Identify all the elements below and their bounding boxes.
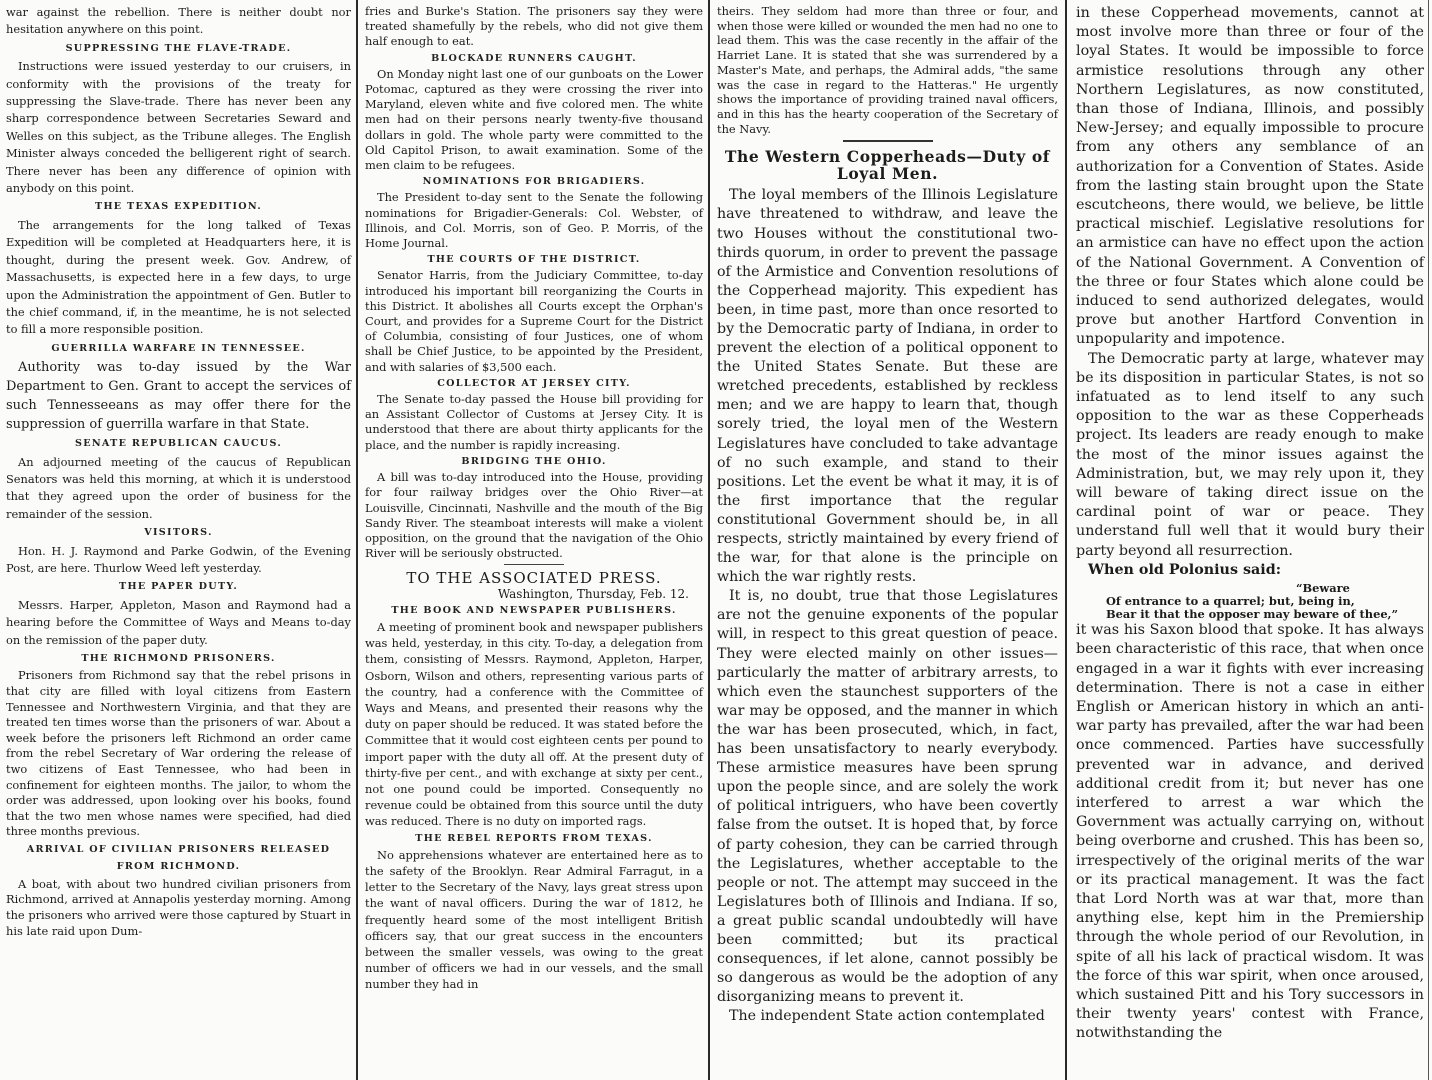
section-text: An adjourned meeting of the caucus of Re…: [6, 454, 351, 524]
section-heading: SUPPRESSING THE FLAVE-TRADE.: [6, 40, 351, 57]
news-item: GUERRILLA WARFARE IN TENNESSEE. Authorit…: [6, 340, 351, 434]
section-heading: NOMINATIONS FOR BRIGADIERS.: [365, 174, 703, 189]
news-item: BLOCKADE RUNNERS CAUGHT. On Monday night…: [365, 51, 703, 174]
polonius-quote: “Beware Of entrance to a quarrel; but, b…: [1106, 582, 1424, 621]
section-text: Messrs. Harper, Appleton, Mason and Raym…: [6, 597, 351, 649]
article-paragraph: It is, no doubt, true that those Legisla…: [717, 587, 1058, 1007]
section-heading: THE BOOK AND NEWSPAPER PUBLISHERS.: [365, 603, 703, 618]
section-text: The Senate to-day passed the House bill …: [365, 392, 703, 453]
section-heading: VISITORS.: [6, 524, 351, 541]
article-paragraph: in these Copperhead movements, cannot at…: [1076, 4, 1424, 350]
news-item: THE TEXAS EXPEDITION. The arrangements f…: [6, 198, 351, 338]
section-text: No apprehensions whatever are entertaine…: [365, 847, 703, 993]
section-text: On Monday night last one of our gunboats…: [365, 67, 703, 173]
column-1: war against the rebellion. There is neit…: [0, 0, 357, 1080]
section-text: A meeting of prominent book and newspape…: [365, 619, 703, 830]
section-heading: THE PAPER DUTY.: [6, 578, 351, 595]
column-2: fries and Burke's Station. The prisoners…: [357, 0, 709, 1080]
section-text: A bill was to-day introduced into the Ho…: [365, 470, 703, 561]
section-heading: THE COURTS OF THE DISTRICT.: [365, 252, 703, 267]
section-text: Senator Harris, from the Judiciary Commi…: [365, 268, 703, 374]
article-paragraph: The loyal members of the Illinois Legisl…: [717, 186, 1058, 587]
section-text: Prisoners from Richmond say that the reb…: [6, 668, 351, 840]
section-text: The arrangements for the long talked of …: [6, 217, 351, 339]
dispatch-title: TO THE ASSOCIATED PRESS.: [365, 571, 703, 586]
column-intro: fries and Burke's Station. The prisoners…: [365, 4, 703, 50]
news-item: THE BOOK AND NEWSPAPER PUBLISHERS. A mee…: [365, 603, 703, 830]
section-heading: COLLECTOR AT JERSEY CITY.: [365, 376, 703, 391]
news-item: BRIDGING THE OHIO. A bill was to-day int…: [365, 454, 703, 561]
section-rule: [504, 564, 564, 565]
article-paragraph: When old Polonius said:: [1076, 561, 1424, 580]
section-text: Hon. H. J. Raymond and Parke Godwin, of …: [6, 543, 351, 578]
section-heading: BLOCKADE RUNNERS CAUGHT.: [365, 51, 703, 66]
news-item: NOMINATIONS FOR BRIGADIERS. The Presiden…: [365, 174, 703, 251]
section-heading: THE TEXAS EXPEDITION.: [6, 198, 351, 215]
section-text: A boat, with about two hundred civilian …: [6, 877, 351, 939]
news-item: THE RICHMOND PRISONERS. Prisoners from R…: [6, 650, 351, 840]
column-4: in these Copperhead movements, cannot at…: [1066, 0, 1432, 1080]
section-text: Instructions were issued yesterday to ou…: [6, 58, 351, 197]
section-heading: GUERRILLA WARFARE IN TENNESSEE.: [6, 340, 351, 357]
section-heading: ARRIVAL OF CIVILIAN PRISONERS RELEASED F…: [6, 841, 351, 876]
section-text: Authority was to-day issued by the War D…: [6, 358, 351, 434]
article-title: The Western Copperheads—Duty of Loyal Me…: [717, 148, 1058, 182]
news-item: THE REBEL REPORTS FROM TEXAS. No apprehe…: [365, 831, 703, 993]
column-3: theirs. They seldom had more than three …: [709, 0, 1066, 1080]
article-rule: [843, 140, 933, 142]
news-item: VISITORS. Hon. H. J. Raymond and Parke G…: [6, 524, 351, 577]
section-heading: THE REBEL REPORTS FROM TEXAS.: [365, 831, 703, 846]
news-item: COLLECTOR AT JERSEY CITY. The Senate to-…: [365, 376, 703, 453]
article-paragraph: The independent State action contemplate…: [717, 1007, 1058, 1026]
column-intro: theirs. They seldom had more than three …: [717, 4, 1058, 136]
column-intro: war against the rebellion. There is neit…: [6, 4, 351, 39]
section-heading: BRIDGING THE OHIO.: [365, 454, 703, 469]
article-paragraph: The Democratic party at large, whatever …: [1076, 350, 1424, 561]
dateline: Washington, Thursday, Feb. 12.: [365, 587, 689, 602]
section-heading: SENATE REPUBLICAN CAUCUS.: [6, 435, 351, 452]
news-item: SUPPRESSING THE FLAVE-TRADE. Instruction…: [6, 40, 351, 198]
section-heading: THE RICHMOND PRISONERS.: [6, 650, 351, 667]
news-item: ARRIVAL OF CIVILIAN PRISONERS RELEASED F…: [6, 841, 351, 939]
section-text: The President to-day sent to the Senate …: [365, 190, 703, 251]
news-item: SENATE REPUBLICAN CAUCUS. An adjourned m…: [6, 435, 351, 523]
news-item: THE PAPER DUTY. Messrs. Harper, Appleton…: [6, 578, 351, 649]
quote-line: Bear it that the opposer may beware of t…: [1106, 608, 1424, 621]
article-paragraph: it was his Saxon blood that spoke. It ha…: [1076, 621, 1424, 1043]
newspaper-page: war against the rebellion. There is neit…: [0, 0, 1432, 1080]
news-item: THE COURTS OF THE DISTRICT. Senator Harr…: [365, 252, 703, 375]
